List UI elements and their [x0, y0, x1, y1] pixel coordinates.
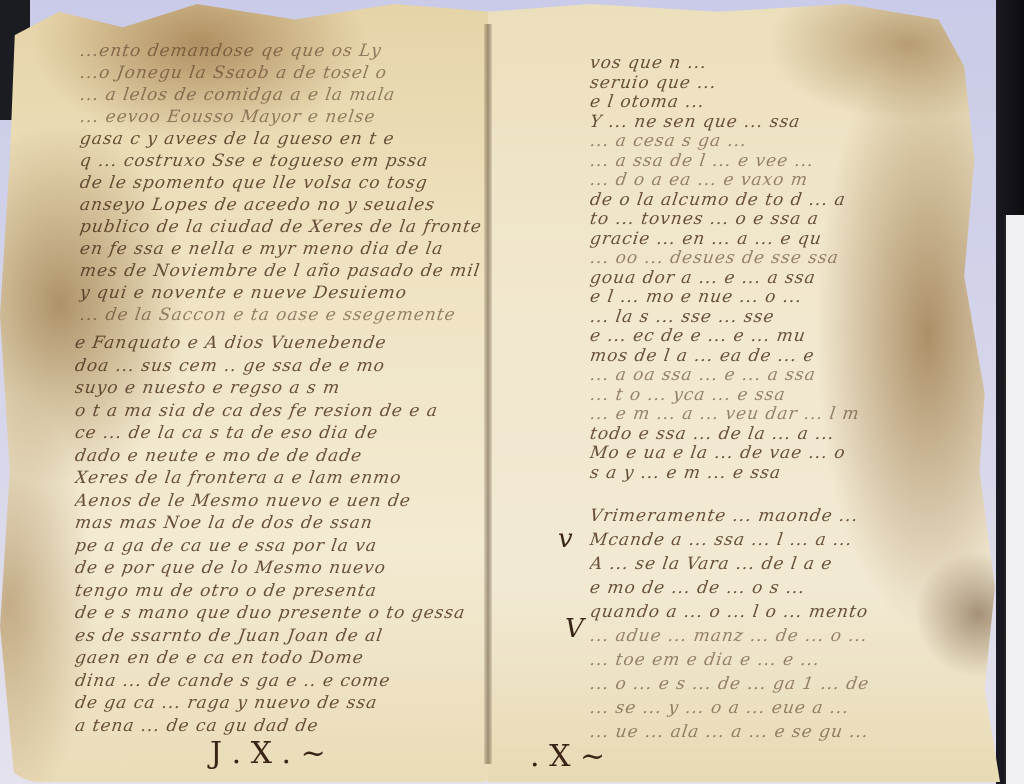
handwritten-line: ... oo ... desues de sse ssa: [589, 249, 922, 269]
handwritten-line: A ... se la Vara ... de l a e: [588, 552, 981, 576]
handwritten-line: anseyo Lopes de aceedo no y seuales: [78, 194, 481, 216]
handwritten-line: en fe ssa e nella e myr meno dia de la: [78, 238, 481, 260]
handwritten-line: ... a lelos de comidga a e la mala: [78, 84, 481, 106]
handwritten-line: Aenos de le Mesmo nuevo e uen de: [73, 490, 486, 513]
handwritten-line: gracie ... en ... a ... e qu: [589, 230, 922, 250]
handwritten-line: vos que n ...: [589, 54, 922, 74]
handwritten-line: s a y ... e m ... e ssa: [589, 464, 922, 484]
handwritten-line: tengo mu de otro o de presenta: [73, 580, 486, 603]
handwritten-line: y qui e novente e nueve Desuiemo: [78, 282, 481, 304]
left-page-upper-text: ...ento demandose qe que os Ly...o Joneg…: [80, 40, 480, 326]
handwritten-line: ... toe em e dia e ... e ...: [588, 648, 981, 672]
handwritten-line: ... eevoo Eousso Mayor e nelse: [78, 106, 481, 128]
handwritten-line: ... de la Saccon e ta oase e ssegemente: [78, 304, 481, 326]
handwritten-line: e l ... mo e nue ... o ...: [589, 288, 922, 308]
handwritten-line: de ga ca ... raga y nuevo de ssa: [73, 692, 486, 715]
handwritten-line: ...o Jonegu la Ssaob a de tosel o: [78, 62, 481, 84]
handwritten-line: dina ... de cande s ga e .. e come: [73, 670, 486, 693]
handwritten-line: mes de Noviembre de l año pasado de mill: [78, 260, 481, 282]
handwritten-line: pe a ga de ca ue e ssa por la va: [73, 535, 486, 558]
handwritten-line: to ... tovnes ... o e ssa a: [589, 210, 922, 230]
handwritten-line: ... o ... e s ... de ... ga 1 ... de: [588, 672, 981, 696]
margin-mark-2: V: [565, 614, 584, 644]
handwritten-line: o t a ma sia de ca des fe resion de e a: [73, 400, 486, 423]
handwritten-line: ... ue ... ala ... a ... e se gu ...: [588, 720, 981, 744]
right-page-lower-text: Vrimeramente ... maonde ...Mcande a ... …: [590, 504, 980, 744]
handwritten-line: publico de la ciudad de Xeres de la fron…: [78, 216, 481, 238]
handwritten-line: e Fanquato e A dios Vuenebende: [73, 332, 486, 355]
handwritten-line: q ... costruxo Sse e togueso em pssa: [78, 150, 481, 172]
handwritten-line: es de ssarnto de Juan Joan de al: [73, 625, 486, 648]
light-panel-right: [1004, 215, 1024, 784]
handwritten-line: goua dor a ... e ... a ssa: [589, 269, 922, 289]
handwritten-line: ... e m ... a ... veu dar ... l m: [589, 405, 922, 425]
handwritten-line: gaen en de e ca en todo Dome: [73, 647, 486, 670]
right-page-footer-marks: . X ~: [530, 739, 605, 774]
handwritten-line: ...ento demandose qe que os Ly: [78, 40, 481, 62]
handwritten-line: seruio que ...: [589, 74, 922, 94]
handwritten-line: ce ... de la ca s ta de eso dia de: [73, 422, 486, 445]
handwritten-line: ... d o a ea ... e vaxo m: [589, 171, 922, 191]
handwritten-line: gasa c y avees de la gueso en t e: [78, 128, 481, 150]
handwritten-line: Y ... ne sen que ... ssa: [589, 113, 922, 133]
handwritten-line: Mo e ua e la ... de vae ... o: [589, 444, 922, 464]
handwritten-line: ... se ... y ... o a ... eue a ...: [588, 696, 981, 720]
margin-mark-1: v: [558, 524, 573, 554]
left-page-footer-marks: J . X . ~: [210, 736, 326, 771]
handwritten-line: Vrimeramente ... maonde ...: [588, 504, 981, 528]
handwritten-line: ... a ssa de l ... e vee ...: [589, 152, 922, 172]
handwritten-line: mos de l a ... ea de ... e: [589, 347, 922, 367]
handwritten-line: de le spomento que lle volsa co tosg: [78, 172, 481, 194]
handwritten-line: todo e ssa ... de la ... a ...: [589, 425, 922, 445]
handwritten-line: doa ... sus cem .. ge ssa de e mo: [73, 355, 486, 378]
handwritten-line: mas mas Noe la de dos de ssan: [73, 512, 486, 535]
handwritten-line: ... t o ... yca ... e ssa: [589, 386, 922, 406]
handwritten-line: de o la alcumo de to d ... a: [589, 191, 922, 211]
handwritten-line: e ... ec de e ... e ... mu: [589, 327, 922, 347]
handwritten-line: ... a oa ssa ... e ... a ssa: [589, 366, 922, 386]
handwritten-line: quando a ... o ... l o ... mento: [588, 600, 981, 624]
handwritten-line: e l otoma ...: [589, 93, 922, 113]
right-page-upper-text: vos que n ...seruio que ...e l otoma ...…: [590, 54, 920, 483]
left-page-lower-text: e Fanquato e A dios Vuenebendedoa ... su…: [75, 332, 485, 737]
handwritten-line: ... la s ... sse ... sse: [589, 308, 922, 328]
handwritten-line: de e por que de lo Mesmo nuevo: [73, 557, 486, 580]
handwritten-line: Xeres de la frontera a e lam enmo: [73, 467, 486, 490]
manuscript-book: ...ento demandose qe que os Ly...o Joneg…: [0, 4, 1000, 782]
handwritten-line: ... adue ... manz ... de ... o ...: [588, 624, 981, 648]
handwritten-line: suyo e nuesto e regso a s m: [73, 377, 486, 400]
handwritten-line: Mcande a ... ssa ... l ... a ...: [588, 528, 981, 552]
handwritten-line: de e s mano que duo presente o to gessa: [73, 602, 486, 625]
handwritten-line: a tena ... de ca gu dad de: [73, 715, 486, 738]
handwritten-line: ... a cesa s ga ...: [589, 132, 922, 152]
handwritten-line: dado e neute e mo de de dade: [73, 445, 486, 468]
handwritten-line: e mo de ... de ... o s ...: [588, 576, 981, 600]
